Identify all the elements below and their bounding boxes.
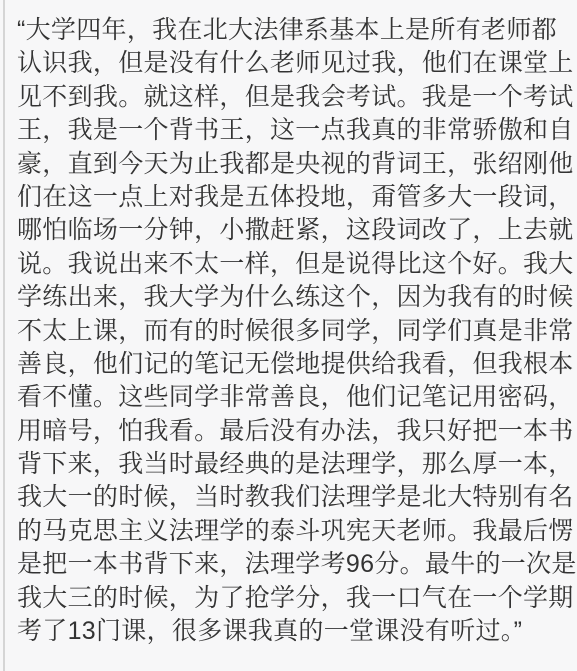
quote-line-17: 是把一本书背下来，法理学考96分。最牛的一次是	[17, 548, 574, 581]
quote-line-12: 看不懂。这些同学非常善良，他们记笔记用密码，	[17, 381, 574, 414]
quote-line-4: 王，我是一个背书王，这一点我真的非常骄傲和自	[17, 114, 574, 147]
quote-line-7: 哪怕临场一分钟，小撒赶紧，这段词改了，上去就	[17, 214, 574, 247]
quote-line-16: 的马克思主义法理学的泰斗巩宪天老师。我最后愣	[17, 515, 574, 548]
quote-paragraph: “大学四年，我在北大法律系基本上是所有老师都 认识我，但是没有什么老师见过我，他…	[17, 14, 574, 648]
quote-line-10: 不太上课，而有的时候很多同学，同学们真是非常	[17, 315, 574, 348]
quote-line-3: 见不到我。就这样，但是我会考试。我是一个考试	[17, 81, 574, 114]
quote-line-15: 我大一的时候，当时教我们法理学是北大特别有名	[17, 481, 574, 514]
quote-line-8: 说。我说出来不太一样，但是说得比这个好。我大	[17, 248, 574, 281]
quote-line-18: 我大三的时候，为了抢学分，我一口气在一个学期	[17, 582, 574, 615]
left-edge-rule	[3, 0, 5, 671]
quote-line-19: 考了13门课，很多课我真的一堂课没有听过。”	[17, 615, 574, 648]
quote-line-9: 学练出来，我大学为什么练这个，因为我有的时候	[17, 281, 574, 314]
quote-line-11: 善良，他们记的笔记无偿地提供给我看，但我根本	[17, 348, 574, 381]
quote-line-6: 们在这一点上对我是五体投地，甭管多大一段词，	[17, 181, 574, 214]
quote-line-2: 认识我，但是没有什么老师见过我，他们在课堂上	[17, 47, 574, 80]
quote-line-1: “大学四年，我在北大法律系基本上是所有老师都	[17, 14, 574, 47]
quote-line-13: 用暗号，怕我看。最后没有办法，我只好把一本书	[17, 415, 574, 448]
quote-line-14: 背下来，我当时最经典的是法理学，那么厚一本，	[17, 448, 574, 481]
quote-line-5: 豪，直到今天为止我都是央视的背词王，张绍刚他	[17, 148, 574, 181]
